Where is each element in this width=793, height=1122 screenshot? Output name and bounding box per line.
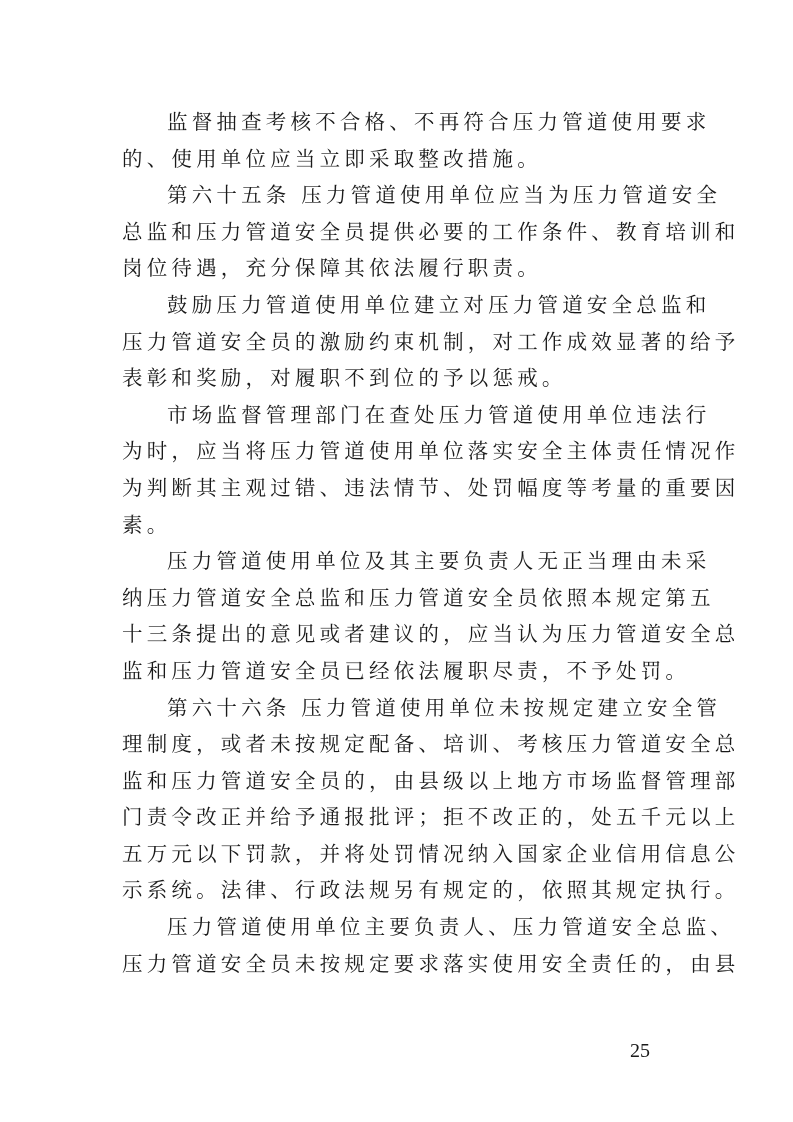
text-line: 压力管道安全员未按规定要求落实使用安全责任的，由县 [122, 946, 678, 983]
text-line: 为时，应当将压力管道使用单位落实安全主体责任情况作 [122, 433, 678, 470]
text-line: 十三条提出的意见或者建议的，应当认为压力管道安全总 [122, 616, 678, 653]
text-line: 门责令改正并给予通报批评；拒不改正的，处五千元以上 [122, 799, 678, 836]
text-line: 鼓励压力管道使用单位建立对压力管道安全总监和 [122, 287, 678, 324]
text-line: 监和压力管道安全员的，由县级以上地方市场监督管理部 [122, 763, 678, 800]
text-line: 市场监督管理部门在查处压力管道使用单位违法行 [122, 397, 678, 434]
text-line: 的、使用单位应当立即采取整改措施。 [122, 141, 678, 178]
text-line: 表彰和奖励，对履职不到位的予以惩戒。 [122, 360, 678, 397]
text-line: 岗位待遇，充分保障其依法履行职责。 [122, 250, 678, 287]
text-line: 纳压力管道安全总监和压力管道安全员依照本规定第五 [122, 580, 678, 617]
text-line: 压力管道使用单位主要负责人、压力管道安全总监、 [122, 909, 678, 946]
text-line: 压力管道使用单位及其主要负责人无正当理由未采 [122, 543, 678, 580]
page-number: 25 [630, 1040, 650, 1063]
text-line: 监和压力管道安全员已经依法履职尽责，不予处罚。 [122, 653, 678, 690]
text-line: 理制度，或者未按规定配备、培训、考核压力管道安全总 [122, 726, 678, 763]
text-line: 示系统。法律、行政法规另有规定的，依照其规定执行。 [122, 872, 678, 909]
document-page: 监督抽查考核不合格、不再符合压力管道使用要求 的、使用单位应当立即采取整改措施。… [0, 0, 793, 1122]
text-line: 总监和压力管道安全员提供必要的工作条件、教育培训和 [122, 214, 678, 251]
body-text: 监督抽查考核不合格、不再符合压力管道使用要求 的、使用单位应当立即采取整改措施。… [122, 104, 678, 982]
article-65-heading-line: 第六十五条 压力管道使用单位应当为压力管道安全 [122, 177, 678, 214]
text-line: 为判断其主观过错、违法情节、处罚幅度等考量的重要因 [122, 470, 678, 507]
article-66-heading-line: 第六十六条 压力管道使用单位未按规定建立安全管 [122, 690, 678, 727]
text-line: 监督抽查考核不合格、不再符合压力管道使用要求 [122, 104, 678, 141]
text-line: 压力管道安全员的激励约束机制，对工作成效显著的给予 [122, 324, 678, 361]
text-line: 五万元以下罚款，并将处罚情况纳入国家企业信用信息公 [122, 836, 678, 873]
text-line: 素。 [122, 507, 678, 544]
